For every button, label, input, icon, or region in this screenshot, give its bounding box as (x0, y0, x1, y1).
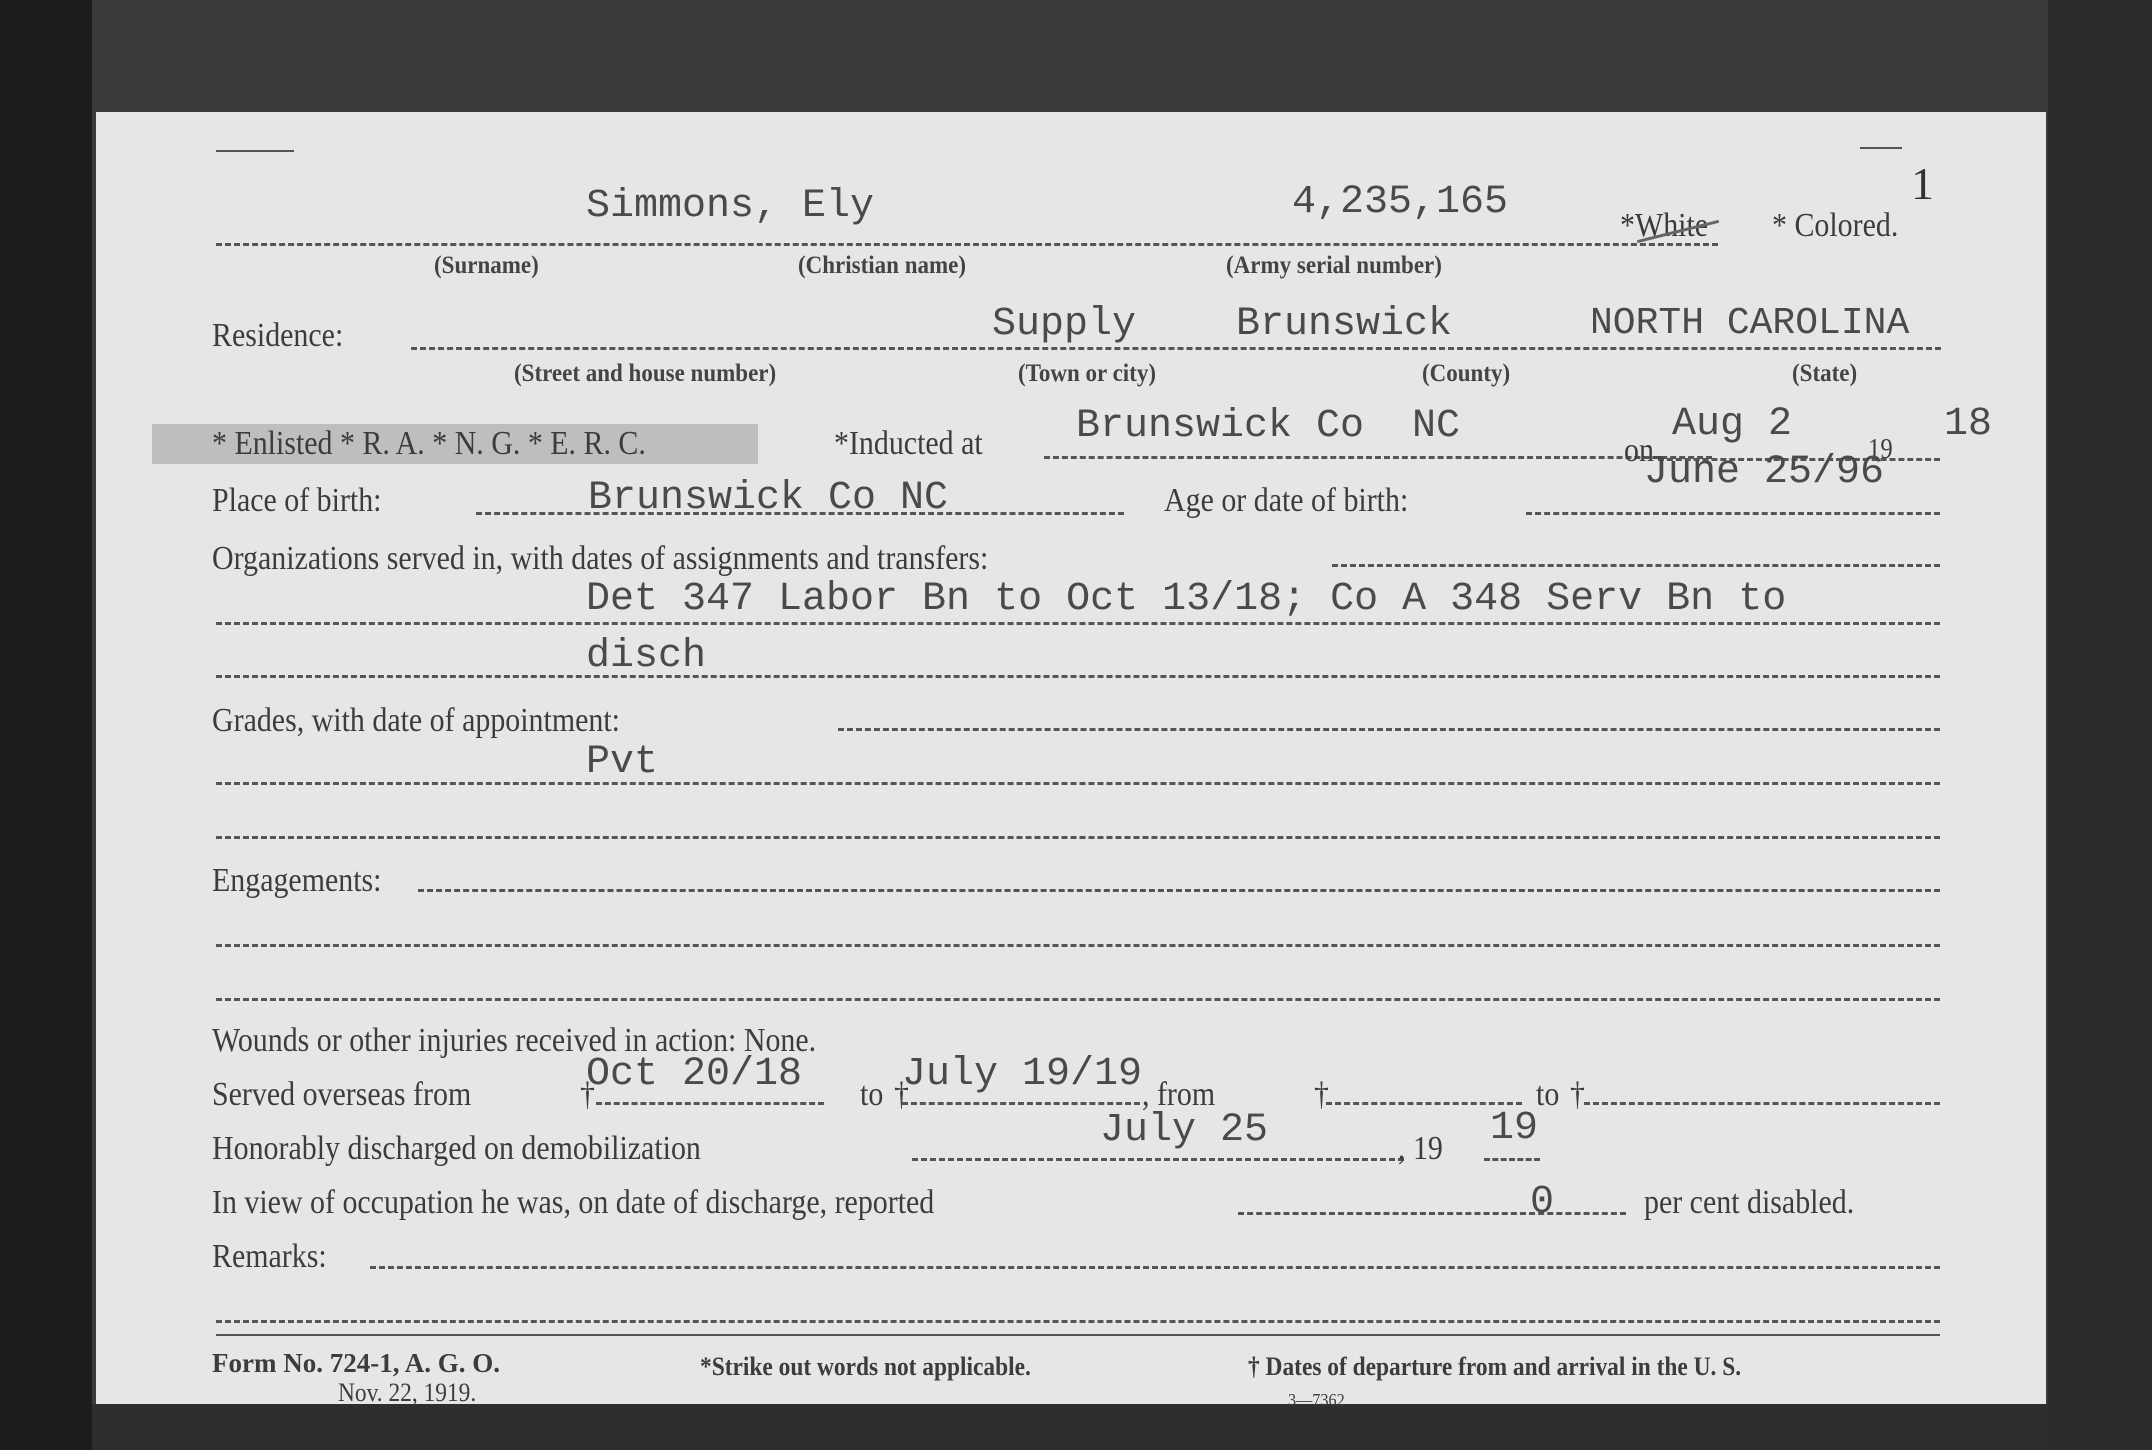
inducted-line (1044, 456, 1712, 459)
birth-date-line (1526, 512, 1940, 515)
overseas-to-label: to (860, 1076, 883, 1114)
inducted-year: 18 (1944, 402, 1992, 447)
grades-label-line (838, 728, 1940, 731)
form-date: Nov. 22, 1919. (338, 1378, 476, 1408)
birth-place-line (476, 512, 1124, 515)
residence-line (411, 347, 1941, 350)
dates-note: † Dates of departure from and arrival in… (1248, 1352, 1741, 1382)
disability-label: In view of occupation he was, on date of… (212, 1184, 934, 1222)
serial-value: 4,235,165 (1292, 180, 1508, 225)
christian-name-caption: (Christian name) (798, 252, 966, 280)
grades-label: Grades, with date of appointment: (212, 702, 620, 740)
grades-entry-line-2 (216, 836, 1940, 839)
colored-label: * Colored. (1772, 207, 1898, 245)
inducted-at-label: *Inducted at (834, 425, 983, 463)
organizations-line-2: disch (586, 634, 706, 679)
overseas-from2-line (1326, 1102, 1522, 1105)
organizations-entry-line-1 (216, 622, 1940, 625)
discharge-date-line (912, 1158, 1404, 1161)
organizations-label-line (1332, 564, 1940, 567)
top-right-mark (1860, 147, 1902, 149)
remarks-line-2 (216, 1320, 1940, 1323)
discharge-date: July 25 (1100, 1108, 1268, 1153)
enlisted-options: * Enlisted * R. A. * N. G. * E. R. C. (212, 425, 646, 463)
discharge-label: Honorably discharged on demobilization (212, 1130, 701, 1168)
disability-suffix: per cent disabled. (1644, 1184, 1854, 1222)
residence-town: Supply (992, 302, 1136, 347)
overseas-to2-dagger: † (1570, 1076, 1585, 1114)
overseas-to-line (902, 1102, 1140, 1105)
overseas-from-line (596, 1102, 824, 1105)
overseas-label: Served overseas from (212, 1076, 471, 1114)
residence-county: Brunswick (1236, 302, 1452, 347)
surname-caption: (Surname) (434, 252, 539, 280)
engagements-label: Engagements: (212, 862, 382, 900)
strike-note: *Strike out words not applicable. (700, 1352, 1031, 1382)
organizations-entry-line-2 (216, 675, 1940, 678)
birth-date: June 25/96 (1644, 450, 1884, 495)
overseas-from-date: Oct 20/18 (586, 1052, 802, 1097)
town-caption: (Town or city) (1018, 360, 1156, 388)
grades-entry-line-1 (216, 782, 1940, 785)
disability-line (1238, 1212, 1626, 1215)
birth-place-label: Place of birth: (212, 482, 382, 520)
overseas-to2-label: to (1536, 1076, 1559, 1114)
birth-date-label: Age or date of birth: (1164, 482, 1408, 520)
engagements-label-line (418, 889, 1940, 892)
inducted-place: Brunswick Co NC (1076, 404, 1460, 449)
card-number: 1 (1911, 157, 1934, 210)
discharge-year: 19 (1490, 1106, 1538, 1151)
discharge-year-prefix: , 19 (1398, 1130, 1443, 1168)
serial-caption: (Army serial number) (1226, 252, 1442, 280)
form-number: Form No. 724-1, A. G. O. (212, 1348, 500, 1379)
remarks-line-1 (370, 1266, 1940, 1269)
scan-border-right (2048, 0, 2152, 1450)
service-record-card: 1 Simmons, Ely 4,235,165 *White * Colore… (96, 112, 2046, 1404)
print-code: 3—7362 (1288, 1390, 1345, 1411)
residence-label: Residence: (212, 317, 343, 355)
state-caption: (State) (1792, 360, 1857, 388)
overseas-to-date: July 19/19 (902, 1052, 1142, 1097)
engagements-entry-line-2 (216, 998, 1940, 1001)
grades-line-1: Pvt (586, 740, 658, 785)
discharge-year-line (1484, 1158, 1540, 1161)
name-line (216, 243, 1718, 246)
top-left-mark (216, 150, 294, 152)
scan-border-bottom (92, 1404, 2048, 1450)
footer-rule (216, 1334, 1940, 1336)
street-caption: (Street and house number) (514, 360, 776, 388)
overseas-to2-line (1584, 1102, 1940, 1105)
engagements-entry-line-1 (216, 944, 1940, 947)
organizations-label: Organizations served in, with dates of a… (212, 540, 988, 578)
residence-state: NORTH CAROLINA (1590, 302, 1909, 345)
disability-value: 0 (1530, 1180, 1554, 1225)
organizations-line-1: Det 347 Labor Bn to Oct 13/18; Co A 348 … (586, 577, 1786, 622)
inducted-date: Aug 2 (1672, 402, 1792, 447)
name-value: Simmons, Ely (586, 184, 874, 229)
overseas-from2-dagger: † (1314, 1076, 1329, 1114)
remarks-label: Remarks: (212, 1238, 327, 1276)
scan-border-left (0, 0, 92, 1450)
county-caption: (County) (1422, 360, 1510, 388)
